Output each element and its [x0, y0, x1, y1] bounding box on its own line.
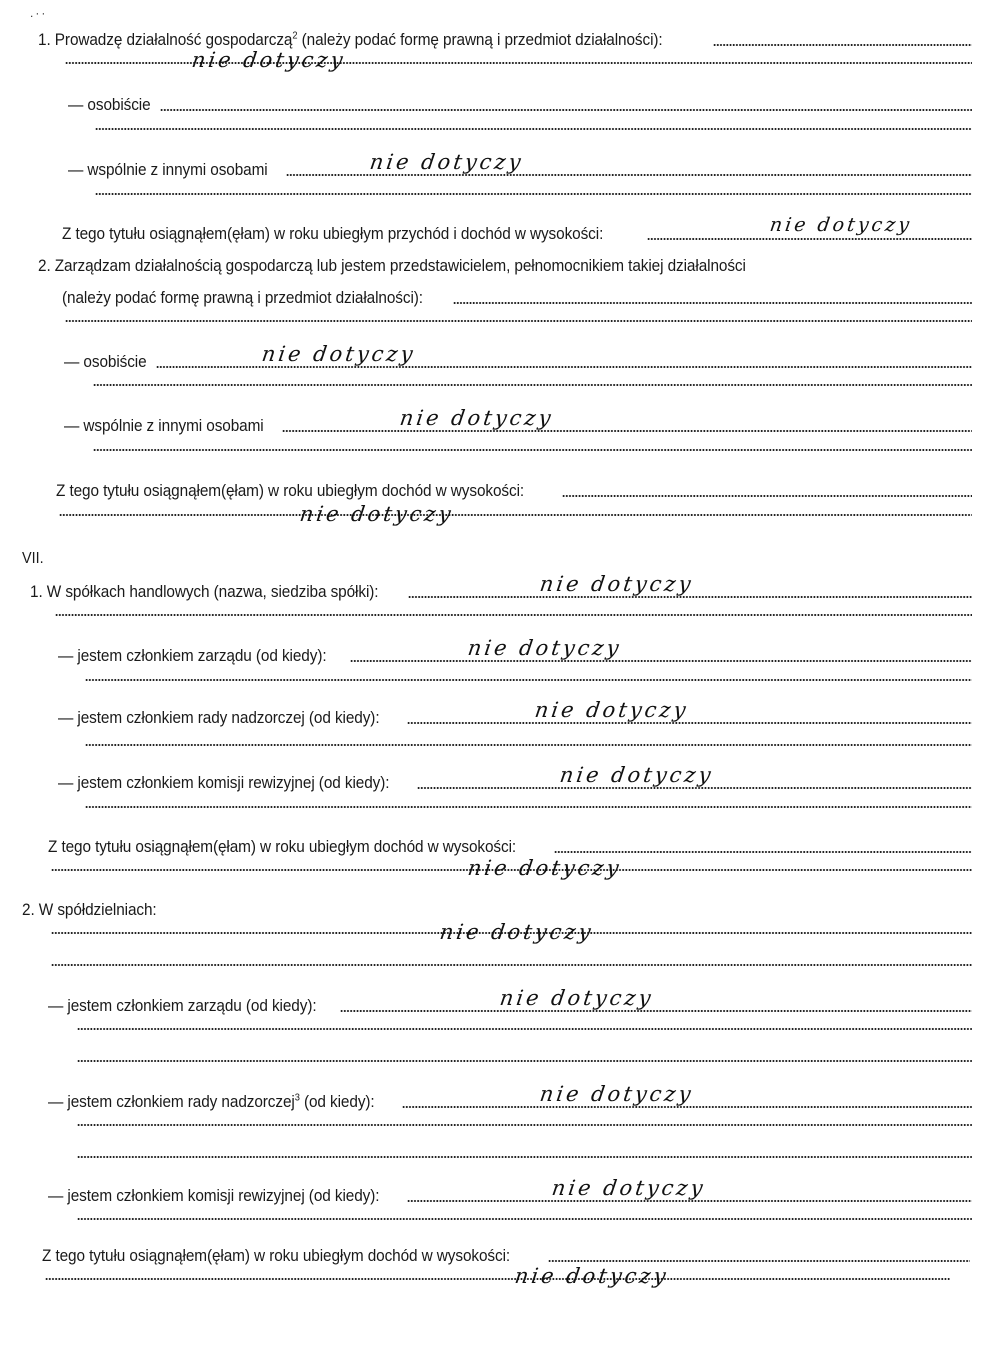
fill-line[interactable]	[82, 806, 972, 812]
fill-line[interactable]	[74, 1124, 972, 1130]
fill-line[interactable]	[417, 787, 972, 789]
vii-1-board-handwritten-answer: nie dotyczy	[466, 636, 623, 660]
vii-1-audit-label: — jestem członkiem komisji rewizyjnej (o…	[58, 773, 389, 793]
vii-2-supervisory-label: — jestem członkiem rady nadzorczej	[48, 1093, 295, 1111]
fill-line[interactable]	[647, 238, 972, 240]
vi-2-label: 2. Zarządzam działalnością gospodarczą l…	[38, 256, 746, 276]
vi-2-personal: — osobiście	[64, 352, 972, 372]
fill-line[interactable]	[282, 430, 972, 432]
vii-2-income-handwritten-answer: nie dotyczy	[513, 1264, 670, 1288]
fill-line[interactable]	[92, 128, 972, 134]
fill-line[interactable]	[74, 1060, 972, 1066]
vii-2-audit-label: — jestem członkiem komisji rewizyjnej (o…	[48, 1186, 379, 1206]
fill-line[interactable]	[402, 1106, 972, 1108]
vii-1-supervisory: — jestem członkiem rady nadzorczej (od k…	[58, 708, 972, 728]
vi-1-income-label: Z tego tytułu osiągnąłem(ęłam) w roku ub…	[62, 224, 603, 244]
vii-2-board-handwritten-answer: nie dotyczy	[498, 986, 655, 1010]
fill-line[interactable]	[408, 596, 972, 598]
fill-line[interactable]	[160, 109, 972, 111]
vii-2-income: Z tego tytułu osiągnąłem(ęłam) w roku ub…	[42, 1246, 970, 1266]
vii-2-income-label: Z tego tytułu osiągnąłem(ęłam) w roku ub…	[42, 1246, 510, 1266]
fill-line[interactable]	[407, 1200, 972, 1202]
vi-2-label-cont: (należy podać formę prawną i przedmiot d…	[62, 288, 423, 308]
vii-1-income-label: Z tego tytułu osiągnąłem(ęłam) w roku ub…	[48, 837, 516, 857]
fill-line[interactable]	[56, 514, 972, 520]
vi-1-joint-handwritten-answer: nie dotyczy	[368, 150, 525, 174]
vii-1-supervisory-handwritten-answer: nie dotyczy	[533, 698, 690, 722]
vii-1-board-label: — jestem członkiem zarządu (od kiedy):	[58, 646, 327, 666]
vi-1-personal: — osobiście	[68, 95, 972, 115]
fill-line[interactable]	[156, 366, 972, 368]
fill-line[interactable]	[340, 1010, 972, 1012]
fill-line[interactable]	[713, 44, 972, 46]
vi-1-personal-label: — osobiście	[68, 95, 151, 115]
section-heading: VII.	[22, 550, 44, 568]
vii-2-supervisory-handwritten-answer: nie dotyczy	[538, 1082, 695, 1106]
vii-1-audit: — jestem członkiem komisji rewizyjnej (o…	[58, 773, 972, 793]
fill-line[interactable]	[90, 384, 972, 390]
vi-1-label-rest: (należy podać formę prawną i przedmiot d…	[297, 31, 662, 49]
vi-2-income-handwritten-answer: nie dotyczy	[298, 502, 455, 526]
vii-1-audit-handwritten-answer: nie dotyczy	[558, 763, 715, 787]
vi-2-joint-handwritten-answer: nie dotyczy	[398, 406, 555, 430]
fill-line[interactable]	[90, 449, 972, 455]
scan-marks: .··	[30, 6, 47, 20]
vi-1-income-handwritten-answer: nie dotyczy	[768, 214, 913, 236]
vi-1-joint-label: — wspólnie z innymi osobami	[68, 160, 268, 180]
vii-2-handwritten-answer: nie dotyczy	[438, 920, 595, 944]
vii-2-supervisory: — jestem członkiem rady nadzorczej3 (od …	[48, 1092, 972, 1112]
fill-line[interactable]	[554, 851, 972, 853]
vi-1-handwritten-answer: nie dotyczy	[190, 48, 347, 72]
vii-1-income: Z tego tytułu osiągnąłem(ęłam) w roku ub…	[48, 837, 972, 857]
fill-line[interactable]	[92, 193, 972, 199]
vii-1-question: 1. W spółkach handlowych (nazwa, siedzib…	[30, 582, 972, 602]
vi-1-label: 1. Prowadzę działalność gospodarczą	[38, 31, 292, 49]
vi-2-income-label: Z tego tytułu osiągnąłem(ęłam) w roku ub…	[56, 481, 524, 501]
vii-1-supervisory-label: — jestem członkiem rady nadzorczej (od k…	[58, 708, 380, 728]
fill-line[interactable]	[286, 174, 972, 176]
vi-2-personal-handwritten-answer: nie dotyczy	[260, 342, 417, 366]
vi-1-question: 1. Prowadzę działalność gospodarczą2 (na…	[38, 30, 972, 50]
vi-2-income: Z tego tytułu osiągnąłem(ęłam) w roku ub…	[56, 481, 972, 501]
fill-line[interactable]	[82, 744, 972, 750]
vi-2-question-cont: (należy podać formę prawną i przedmiot d…	[62, 288, 972, 308]
fill-line[interactable]	[52, 614, 972, 620]
vii-1-income-handwritten-answer: nie dotyczy	[466, 856, 623, 880]
vi-2-joint-label: — wspólnie z innymi osobami	[64, 416, 264, 436]
vi-2-question: 2. Zarządzam działalnością gospodarczą l…	[38, 256, 972, 276]
fill-line[interactable]	[548, 1260, 970, 1262]
vii-2-label: 2. W spółdzielniach:	[22, 900, 157, 920]
fill-line[interactable]	[74, 1156, 972, 1162]
fill-line[interactable]	[42, 1278, 950, 1284]
fill-line[interactable]	[62, 320, 972, 326]
vi-2-personal-label: — osobiście	[64, 352, 147, 372]
fill-line[interactable]	[407, 722, 972, 724]
vii-2-audit-handwritten-answer: nie dotyczy	[550, 1176, 707, 1200]
fill-line[interactable]	[74, 1028, 972, 1034]
vii-1-handwritten-answer: nie dotyczy	[538, 572, 695, 596]
vii-2-supervisory-label-rest: (od kiedy):	[300, 1093, 375, 1111]
vii-2-audit: — jestem członkiem komisji rewizyjnej (o…	[48, 1186, 972, 1206]
fill-line[interactable]	[82, 679, 972, 685]
fill-line[interactable]	[453, 302, 972, 304]
fill-line[interactable]	[562, 495, 972, 497]
vii-2-question: 2. W spółdzielniach:	[22, 900, 972, 920]
fill-line[interactable]	[48, 964, 972, 970]
vii-2-board-label: — jestem członkiem zarządu (od kiedy):	[48, 996, 317, 1016]
fill-line[interactable]	[74, 1218, 972, 1224]
fill-line[interactable]	[350, 660, 972, 662]
vii-1-label: 1. W spółkach handlowych (nazwa, siedzib…	[30, 582, 378, 602]
